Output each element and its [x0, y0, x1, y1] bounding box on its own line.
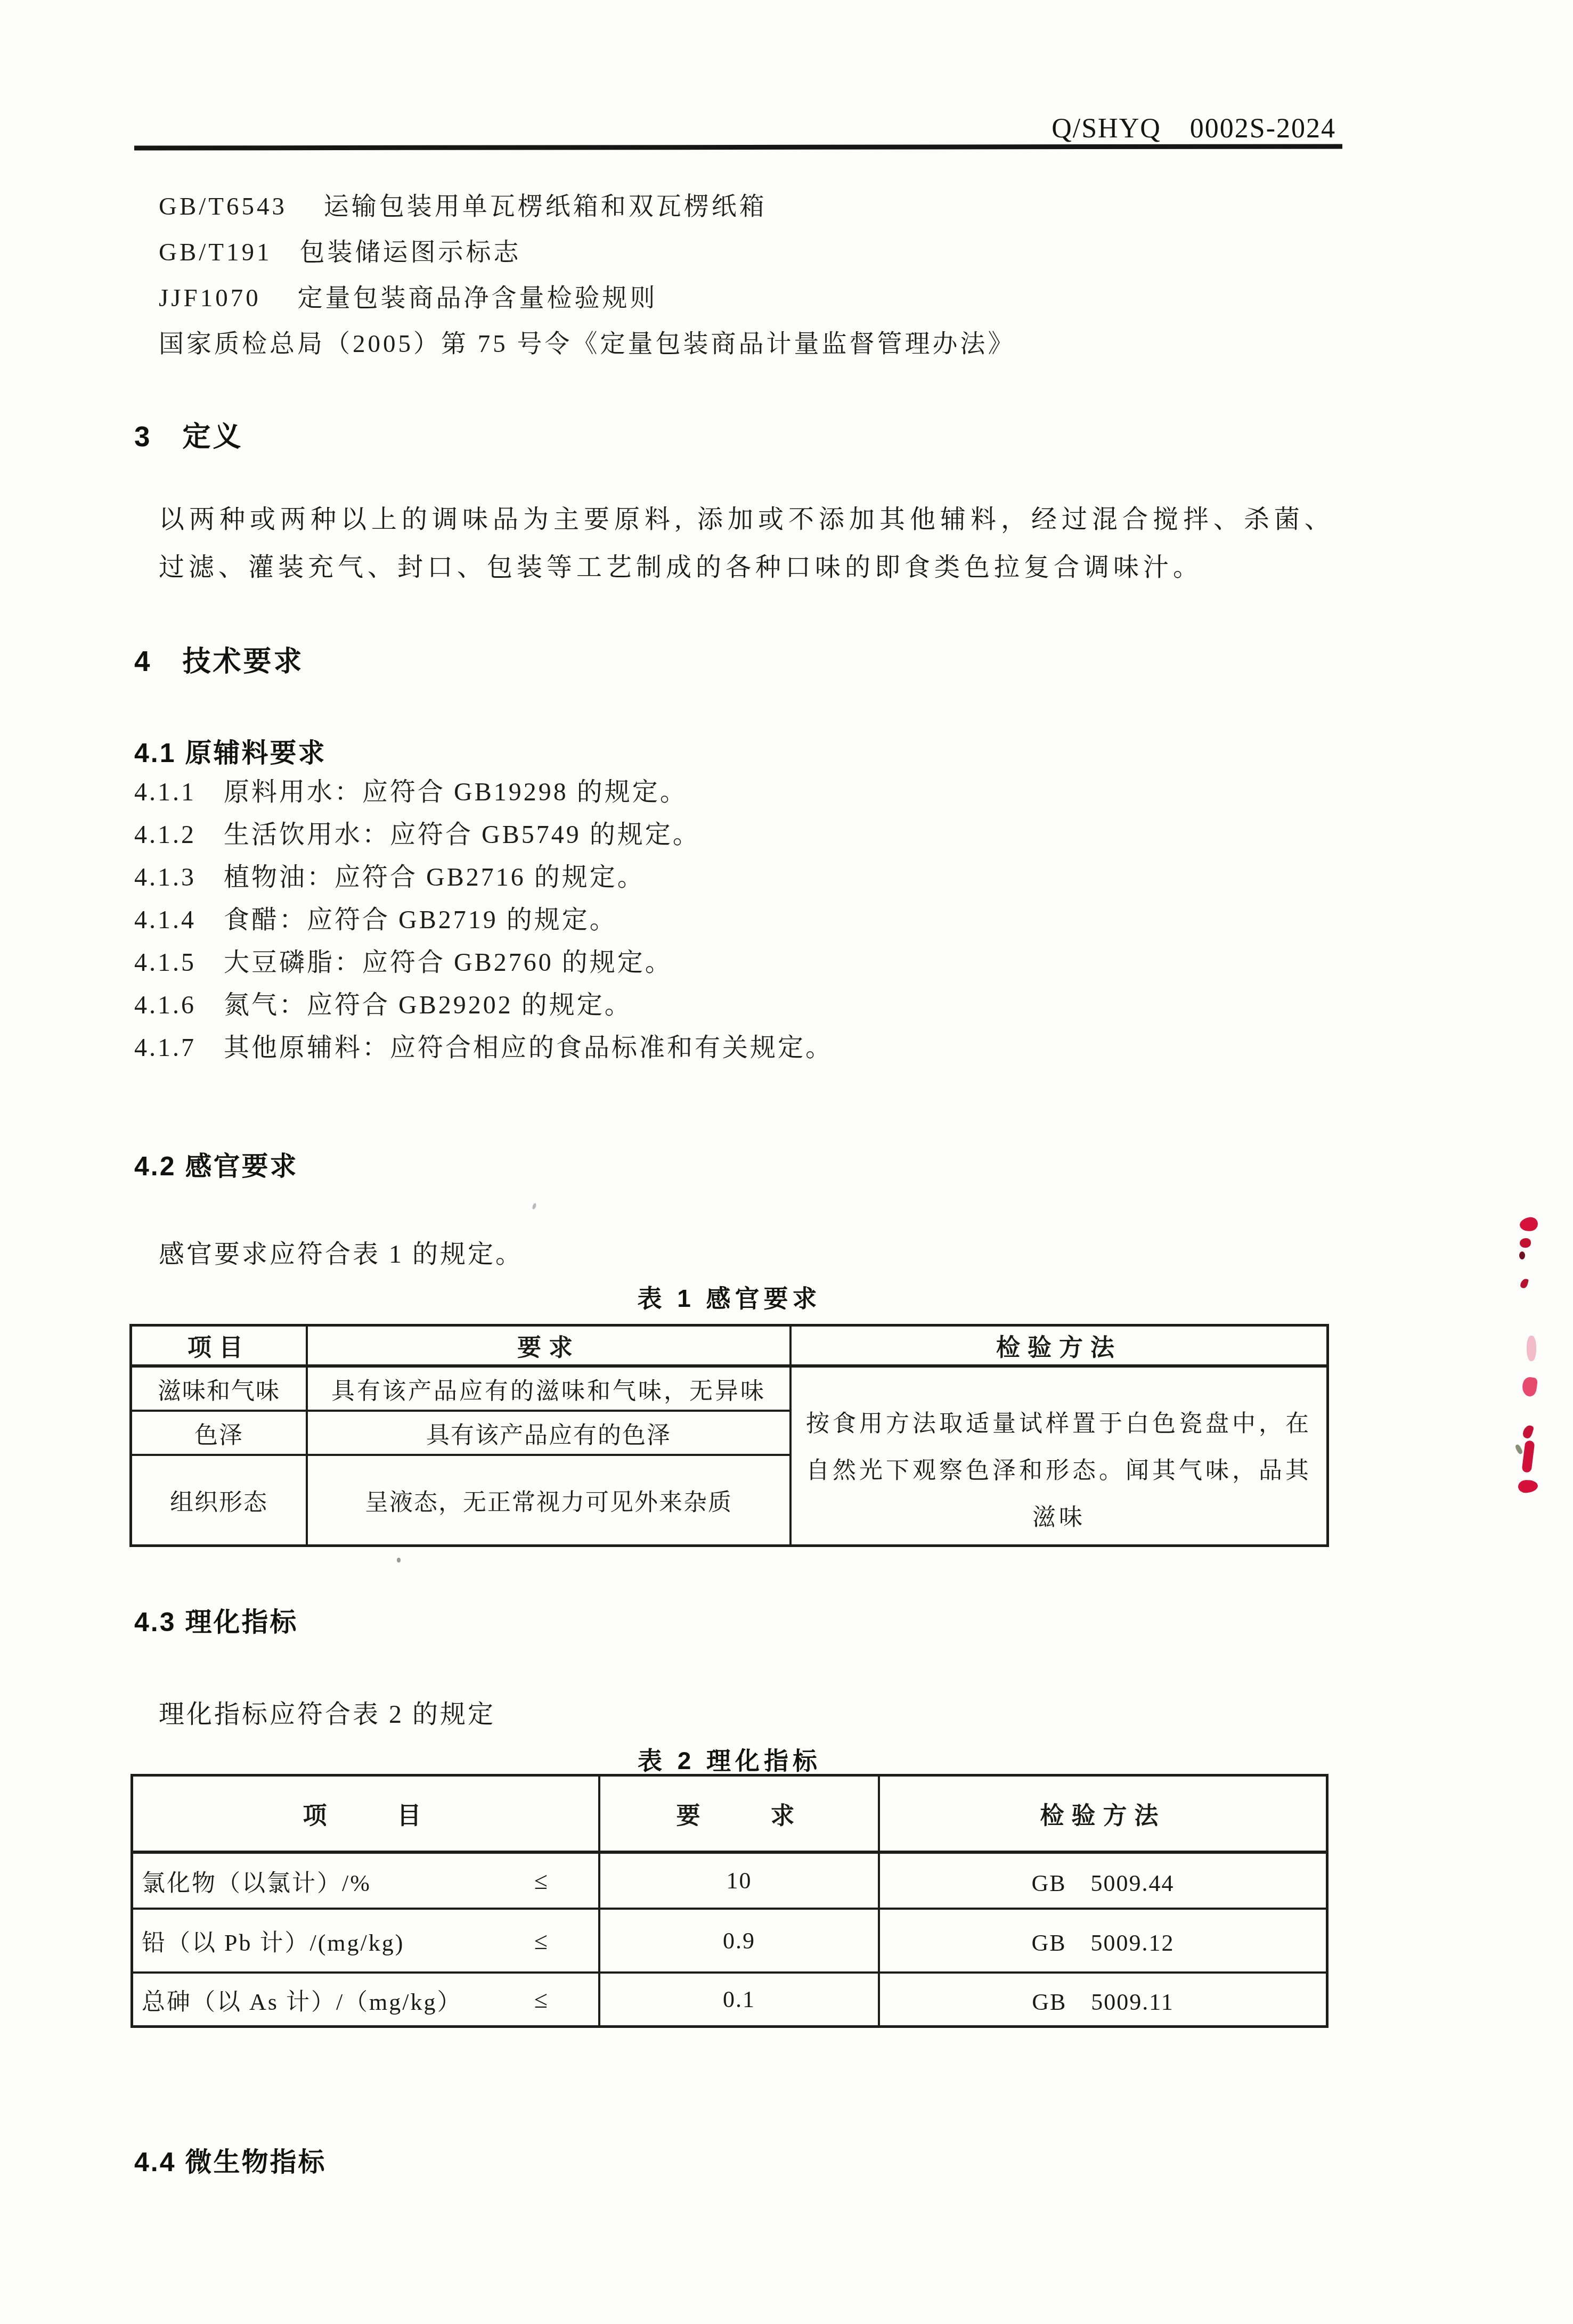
section-4-heading: 4 技术要求	[134, 639, 304, 680]
red-stamp-mark	[1527, 1336, 1536, 1361]
normative-references: GB/T6543 运输包装用单瓦楞纸箱和双瓦楞纸箱 GB/T191 包装储运图示…	[159, 184, 1016, 367]
doc-number: Q/SHYQ 0002S-2024	[1052, 105, 1336, 145]
less-equal-symbol: ≤	[534, 1867, 549, 1895]
table-2-title: 表 2 理化指标	[131, 1741, 1329, 1777]
section-3-heading: 3 定义	[134, 414, 243, 455]
red-stamp-mark	[1522, 1424, 1535, 1439]
reference-line: 国家质检总局（2005）第 75 号令《定量包装商品计量监督管理办法》	[159, 321, 1016, 367]
section-4-4-heading: 4.4 微生物指标	[134, 2141, 326, 2179]
red-stamp-mark	[1514, 1444, 1523, 1455]
red-stamp-mark	[1518, 1479, 1538, 1494]
table-1-header-item: 项目	[132, 1327, 308, 1368]
table-2-row-method: GB 5009.12	[880, 1910, 1326, 1974]
table-1-row-item: 色泽	[132, 1412, 308, 1456]
table-2-header-method: 检验方法	[880, 1777, 1326, 1854]
table-2-row-limit: 0.1	[600, 1974, 880, 2025]
item-4-1-5: 4.1.5 大豆磷脂：应符合 GB2760 的规定。	[134, 942, 833, 984]
table-1-row-requirement: 具有该产品应有的滋味和气味，无异味	[308, 1368, 792, 1412]
table-2-row-item: 铅（以 Pb 计）/(mg/kg) ≤	[133, 1910, 600, 1974]
indicator-name: 铅（以 Pb 计）/(mg/kg)	[142, 1924, 404, 1958]
red-stamp-mark	[1520, 1238, 1531, 1248]
method-line: 滋味	[1032, 1494, 1086, 1541]
red-stamp-mark	[1519, 1216, 1538, 1232]
table-2-row-method: GB 5009.44	[880, 1854, 1326, 1910]
document-page: Q/SHYQ 0002S-2024 GB/T6543 运输包装用单瓦楞纸箱和双瓦…	[0, 0, 1573, 2324]
reference-line: GB/T191 包装储运图示标志	[159, 230, 1016, 275]
raw-material-items: 4.1.1 原料用水：应符合 GB19298 的规定。 4.1.2 生活饮用水：…	[134, 771, 833, 1069]
table-1-method-cell: 按食用方法取适量试样置于白色瓷盘中，在 自然光下观察色泽和形态。闻其气味，品其 …	[792, 1368, 1326, 1544]
item-4-1-3: 4.1.3 植物油：应符合 GB2716 的规定。	[134, 856, 833, 899]
table-1-sensory-requirements: 项目 要求 检验方法 滋味和气味 具有该产品应有的滋味和气味，无异味 按食用方法…	[129, 1324, 1329, 1547]
table-1-row-item: 滋味和气味	[132, 1368, 308, 1412]
table-2-row-limit: 0.9	[600, 1910, 880, 1974]
table-1-title: 表 1 感官要求	[129, 1279, 1329, 1314]
table-1-header-method: 检验方法	[792, 1327, 1326, 1368]
red-stamp-mark	[1521, 1376, 1538, 1397]
reference-line: GB/T6543 运输包装用单瓦楞纸箱和双瓦楞纸箱	[159, 184, 1016, 230]
less-equal-symbol: ≤	[534, 1985, 549, 2014]
table-2-physicochemical-indicators: 项 目 要 求 检验方法 氯化物（以氯计）/% ≤ 10 GB 5009.44 …	[131, 1774, 1329, 2028]
red-stamp-mark	[1521, 1440, 1535, 1473]
header-rule	[134, 144, 1342, 150]
scan-speck	[397, 1558, 401, 1562]
section-4-2-heading: 4.2 感官要求	[134, 1145, 298, 1183]
item-4-1-7: 4.1.7 其他原辅料：应符合相应的食品标准和有关规定。	[134, 1027, 833, 1069]
table-2-row-limit: 10	[600, 1854, 880, 1910]
table-1-header-requirement: 要求	[308, 1327, 792, 1368]
table-2-row-method: GB 5009.11	[880, 1974, 1326, 2025]
table-2-header-item: 项 目	[133, 1777, 600, 1854]
item-4-1-2: 4.1.2 生活饮用水：应符合 GB5749 的规定。	[134, 814, 833, 856]
definition-paragraph-line-2: 过滤、灌装充气、封口、包装等工艺制成的各种口味的即食类色拉复合调味汁。	[159, 546, 1203, 583]
physicochemical-intro: 理化指标应符合表 2 的规定	[159, 1693, 495, 1730]
indicator-name: 总砷（以 As 计）/（mg/kg）	[142, 1983, 462, 2017]
method-line: 按食用方法取适量试样置于白色瓷盘中，在	[806, 1401, 1312, 1447]
table-1-row-requirement: 具有该产品应有的色泽	[308, 1412, 792, 1456]
table-2-row-item: 氯化物（以氯计）/% ≤	[133, 1854, 600, 1910]
definition-paragraph-line-1: 以两种或两种以上的调味品为主要原料, 添加或不添加其他辅料，经过混合搅拌、杀菌、	[159, 498, 1335, 535]
table-1-row-item: 组织形态	[132, 1456, 308, 1544]
item-4-1-4: 4.1.4 食醋：应符合 GB2719 的规定。	[134, 899, 833, 942]
scan-speck	[532, 1202, 537, 1209]
section-4-1-heading: 4.1 原辅料要求	[134, 732, 326, 770]
less-equal-symbol: ≤	[534, 1927, 549, 1955]
sensory-intro: 感官要求应符合表 1 的规定。	[159, 1233, 523, 1270]
table-2-header-requirement: 要 求	[600, 1777, 880, 1854]
red-stamp-mark	[1519, 1251, 1525, 1259]
reference-line: JJF1070 定量包装商品净含量检验规则	[159, 275, 1016, 321]
red-stamp-mark	[1520, 1278, 1529, 1289]
table-1-row-requirement: 呈液态，无正常视力可见外来杂质	[308, 1456, 792, 1544]
method-line: 自然光下观察色泽和形态。闻其气味，品其	[806, 1447, 1312, 1494]
item-4-1-1: 4.1.1 原料用水：应符合 GB19298 的规定。	[134, 771, 833, 814]
section-4-3-heading: 4.3 理化指标	[134, 1601, 298, 1639]
table-2-row-item: 总砷（以 As 计）/（mg/kg） ≤	[133, 1974, 600, 2025]
indicator-name: 氯化物（以氯计）/%	[142, 1864, 371, 1898]
item-4-1-6: 4.1.6 氮气：应符合 GB29202 的规定。	[134, 984, 833, 1027]
